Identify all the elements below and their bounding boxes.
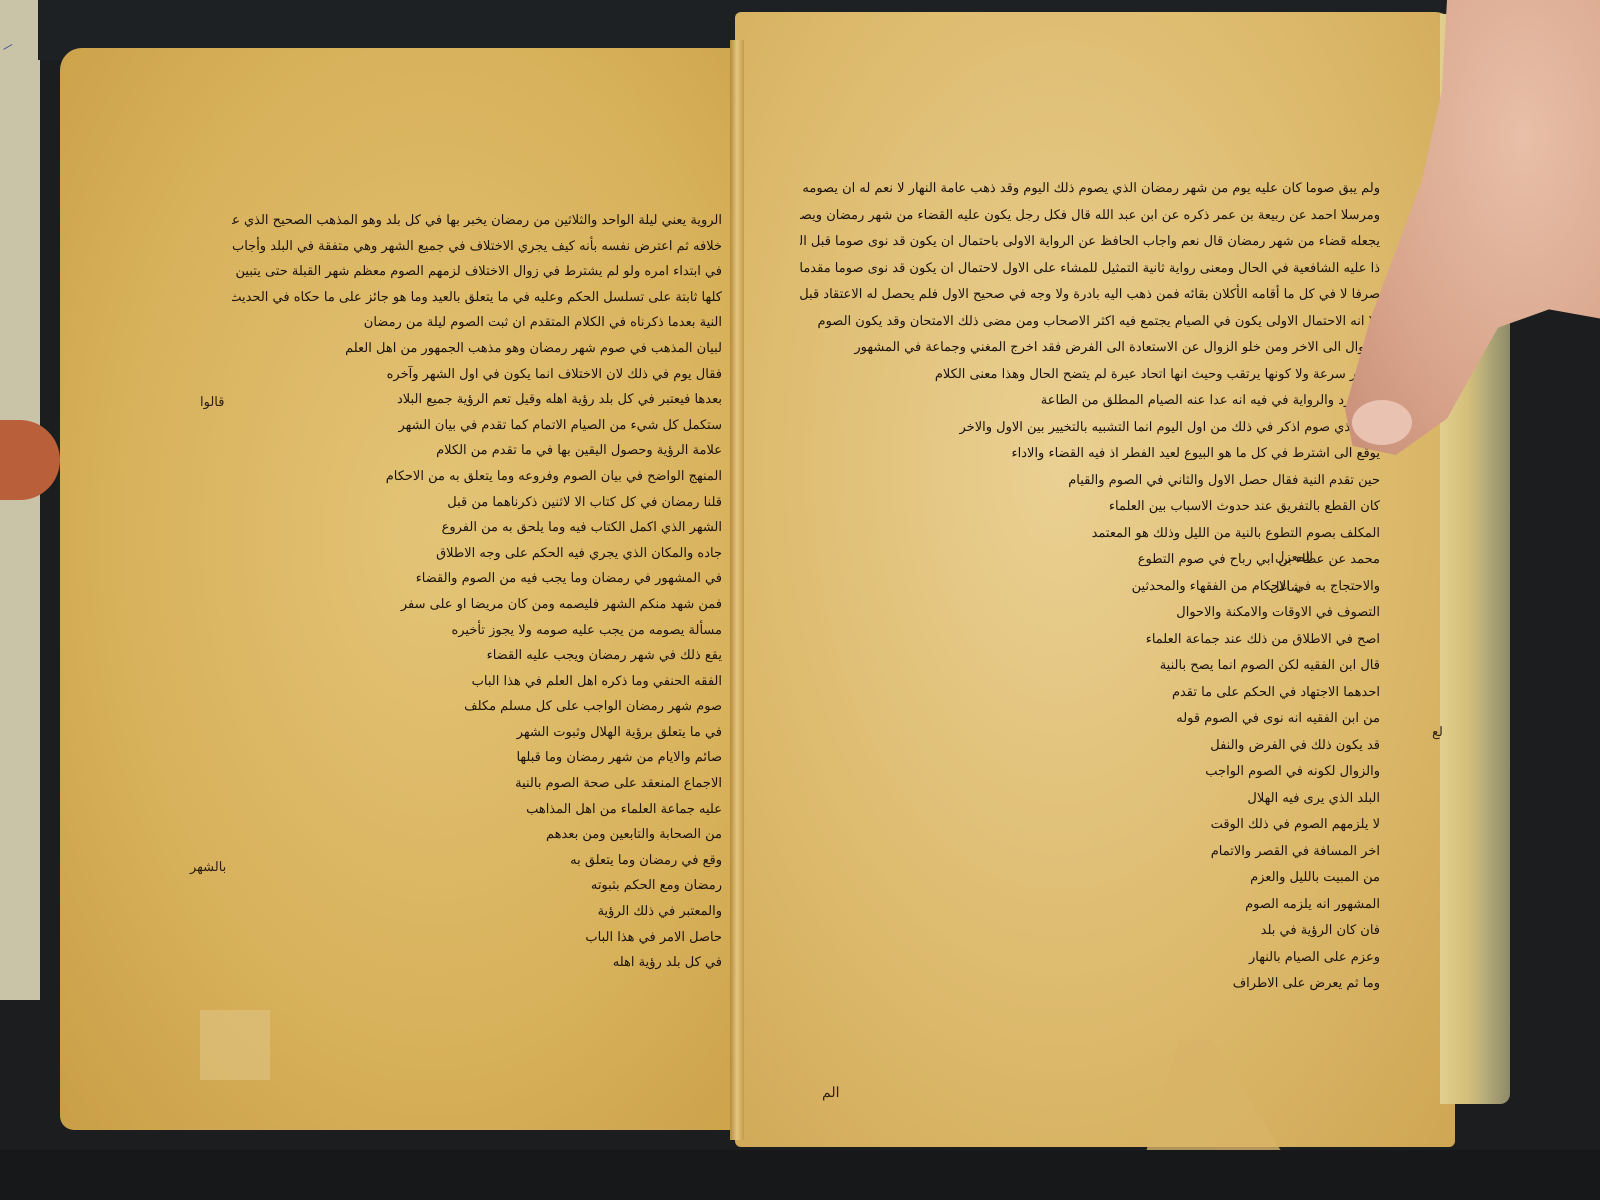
manuscript-line: رمضان ومع الحكم بثبوته: [232, 873, 722, 899]
manuscript-line: وقع في رمضان وما يتعلق به: [232, 848, 722, 874]
manuscript-line: صوم شهر رمضان الواجب على كل مسلم مكلف: [232, 694, 722, 720]
manuscript-line: يوقع الى اشترط في كل ما هو البيوع لعيد ا…: [800, 441, 1380, 468]
manuscript-line: عليه جماعة العلماء من اهل المذاهب: [232, 797, 722, 823]
manuscript-line: صائم والايام من شهر رمضان وما قبلها: [232, 745, 722, 771]
manuscript-line: وعزم على الصيام بالنهار: [800, 945, 1380, 972]
manuscript-line: يقع ذلك في شهر رمضان ويجب عليه القضاء: [232, 643, 722, 669]
manuscript-line: لبيان المذهب في صوم شهر رمضان وهو مذهب ا…: [232, 336, 722, 362]
manuscript-line: ومرسلا احمد عن ربيعة بن عمر ذكره عن ابن …: [800, 203, 1380, 230]
manuscript-line: حين تقدم النية فقال حصل الاول والثاني في…: [800, 468, 1380, 495]
manuscript-line: فقال يوم في ذلك لان الاختلاف انما يكون ف…: [232, 362, 722, 388]
manuscript-line: في كل بلد رؤية اهله: [232, 950, 722, 976]
manuscript-line: والزوال لكونه في الصوم الواجب: [800, 759, 1380, 786]
manuscript-line: قلنا رمضان في كل كتاب الا لاثنين ذكرناهم…: [232, 490, 722, 516]
manuscript-line: وما ثم يعرض على الاطراف: [800, 971, 1380, 998]
manuscript-line: ذا عليه الشافعية في الحال ومعنى رواية ثا…: [800, 256, 1380, 283]
manuscript-line: مسألة يصومه من يجب عليه صومه ولا يجوز تأ…: [232, 618, 722, 644]
manuscript-line: من المبيت بالليل والعزم: [800, 865, 1380, 892]
manuscript-line: البلد الذي يرى فيه الهلال: [800, 786, 1380, 813]
margin-note: بالشهر: [190, 860, 226, 875]
manuscript-line: الفقه الحنفي وما ذكره اهل العلم في هذا ا…: [232, 669, 722, 695]
manuscript-line: المكلف بصوم التطوع بالنية من الليل وذلك …: [800, 521, 1380, 548]
manuscript-line: في ما يتعلق برؤية الهلال وثبوت الشهر: [232, 720, 722, 746]
manuscript-line: النية بعدما ذكرناه في الكلام المتقدم ان …: [232, 310, 722, 336]
manuscript-line: خلافه ثم اعترض نفسه بأنه كيف يجري الاختل…: [232, 234, 722, 260]
manuscript-line: التصوف في الاوقات والامكنة والاحوال: [800, 600, 1380, 627]
manuscript-line: ولم يبق صوما كان عليه يوم من شهر رمضان ا…: [800, 176, 1380, 203]
manuscript-line: اخر المسافة في القصر والاتمام: [800, 839, 1380, 866]
paper-repair-patch-left: [200, 1010, 270, 1080]
background-handwritten-note: —: [0, 38, 16, 55]
manuscript-line: للزوال الى الاخر ومن خلو الزوال عن الاست…: [800, 335, 1380, 362]
manuscript-line: علامة الرؤية وحصول اليقين بها في ما تقدم…: [232, 438, 722, 464]
margin-note: المعزل: [1275, 550, 1313, 565]
book-gutter: [730, 40, 744, 1140]
thumbnail: [1352, 400, 1412, 445]
manuscript-line: قال ابن الفقيه لكن الصوم انما يصح بالنية: [800, 653, 1380, 680]
manuscript-line: والمعتبر في ذلك الرؤية: [232, 899, 722, 925]
table-surface: [0, 1150, 1600, 1200]
manuscript-line: من الصحابة والتابعين ومن بعدهم: [232, 822, 722, 848]
manuscript-line: احدهما الاجتهاد في الحكم على ما تقدم: [800, 680, 1380, 707]
manuscript-line: بعدها فيعتبر في كل بلد رؤية اهله وقيل تع…: [232, 387, 722, 413]
manuscript-line: بان الذي صوم اذكر في ذلك من اول اليوم ان…: [800, 415, 1380, 442]
manuscript-line: حاصل الامر في هذا الباب: [232, 925, 722, 951]
manuscript-line: يجعله قضاء من شهر رمضان قال نعم واجاب ال…: [800, 229, 1380, 256]
manuscript-line: قد يكون ذلك في الفرض والنفل: [800, 733, 1380, 760]
manuscript-line: وقد ورد والرواية في فيه انه عدا عنه الصي…: [800, 388, 1380, 415]
manuscript-line: في المشهور في رمضان وما يجب فيه من الصوم…: [232, 566, 722, 592]
manuscript-line: كلها ثابتة على تسلسل الحكم وعليه في ما ي…: [232, 285, 722, 311]
manuscript-line: كان القطع بالتفريق عند حدوث الاسباب بين …: [800, 494, 1380, 521]
margin-note: شاغل: [1270, 580, 1302, 595]
catchword: الم: [822, 1085, 839, 1101]
manuscript-line: المنهج الواضح في بيان الصوم وفروعه وما ي…: [232, 464, 722, 490]
manuscript-line: في ابتداء امره ولو لم يشترط في زوال الاخ…: [232, 259, 722, 285]
manuscript-line: لا يلزمهم الصوم في ذلك الوقت: [800, 812, 1380, 839]
manuscript-line: فان كان الرؤية في بلد: [800, 918, 1380, 945]
manuscript-line: من ابن الفقيه انه نوى في الصوم قوله: [800, 706, 1380, 733]
manuscript-line: فمن شهد منكم الشهر فليصمه ومن كان مريضا …: [232, 592, 722, 618]
manuscript-line: الروية يعني ليلة الواحد والثلاثين من رمض…: [232, 208, 722, 234]
manuscript-line: صرفا لا في كل ما أقامه الأكلان بقائه فمن…: [800, 282, 1380, 309]
manuscript-line: الشهر الذي اكمل الكتاب فيه وما يلحق به م…: [232, 515, 722, 541]
background-paper-sheet: —: [0, 0, 40, 1000]
manuscript-line: جاده والمكان الذي يجري فيه الحكم على وجه…: [232, 541, 722, 567]
manuscript-line: المشهور انه يلزمه الصوم: [800, 892, 1380, 919]
manuscript-line: بلا انه الاحتمال الاولى يكون في الصيام ي…: [800, 309, 1380, 336]
manuscript-line: الاجماع المنعقد على صحة الصوم بالنية: [232, 771, 722, 797]
manuscript-line: اصح في الاطلاق من ذلك عند جماعة العلماء: [800, 627, 1380, 654]
left-finger: [0, 420, 60, 500]
margin-note: قالوا: [200, 395, 224, 410]
manuscript-line: ماذكر سرعة ولا كونها يرتقب وحيث انها اتح…: [800, 362, 1380, 389]
manuscript-line: ستكمل كل شيء من الصيام الاتمام كما تقدم …: [232, 413, 722, 439]
margin-note: لع: [1432, 725, 1443, 740]
left-page-text: الروية يعني ليلة الواحد والثلاثين من رمض…: [232, 208, 722, 976]
